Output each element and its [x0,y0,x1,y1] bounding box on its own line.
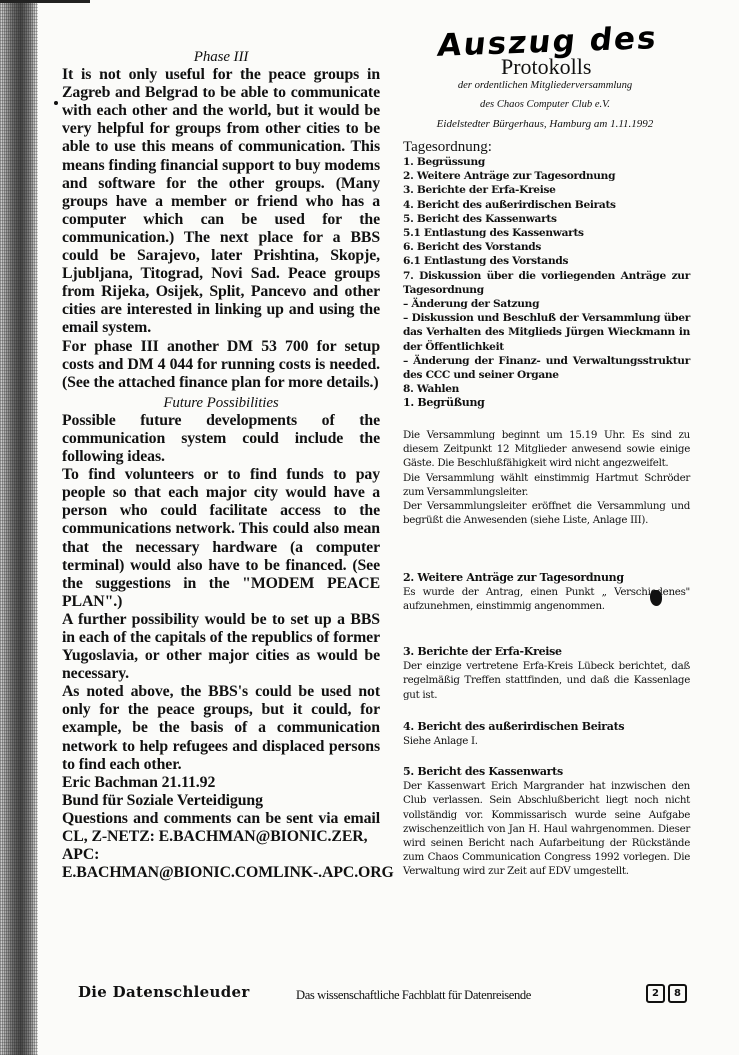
agenda-item: 1. Begrüssung [403,155,690,169]
phase3-paragraph: For phase III another DM 53 700 for setu… [62,338,380,392]
agenda-item: 6.1 Entlastung des Vorstands [403,254,690,268]
agenda-item: – Diskussion und Beschluß der Versammlun… [403,311,690,354]
agenda-item: 2. Weitere Anträge zur Tagesordnung [403,169,690,183]
publication-logo: Die Datenschleuder [78,983,250,1001]
contact-apc: APC: E.BACHMAN@BIONIC.COMLINK-.APC.ORG [62,846,380,882]
section-erfa: 3. Berichte der Erfa-Kreise Der einzige … [403,645,690,702]
phase3-heading: Phase III [62,48,380,66]
section-welcome: Die Versammlung beginnt um 15.19 Uhr. Es… [403,428,690,527]
page-number: 2 8 [646,984,687,1003]
agenda-item: 5.1 Entlastung des Kassenwarts [403,226,690,240]
organization: Bund für Soziale Verteidigung [62,792,380,810]
section-paragraph: Der Versammlungsleiter eröffnet die Vers… [403,499,690,527]
section-heading: 5. Bericht des Kassenwarts [403,765,690,779]
section-heading: 3. Berichte der Erfa-Kreise [403,645,690,659]
agenda-item: – Änderung der Finanz- und Verwaltungsst… [403,354,690,382]
section-paragraph: Die Versammlung beginnt um 15.19 Uhr. Es… [403,428,690,471]
section-paragraph: Der einzige vertretene Erfa-Kreis Lübeck… [403,659,690,702]
ink-dot [54,101,58,105]
agenda-list: 1. Begrüssung 2. Weitere Anträge zur Tag… [403,155,690,411]
future-paragraph: A further possibility would be to set up… [62,611,380,683]
agenda-item: 7. Diskussion über die vorliegenden Antr… [403,269,690,297]
section-heading: 4. Bericht des außerirdischen Beirats [403,720,690,734]
section-antraege: 2. Weitere Anträge zur Tagesordnung Es w… [403,571,690,614]
agenda-item: 4. Bericht des außerirdischen Beirats [403,198,690,212]
left-column: Phase III It is not only useful for the … [62,48,380,882]
future-paragraph: To find volunteers or to find funds to p… [62,466,380,611]
scan-top-line [0,0,90,3]
page-digit: 2 [646,984,665,1003]
agenda-item: – Änderung der Satzung [403,297,690,311]
agenda-item: 8. Wahlen [403,382,690,396]
protocol-title: Protokolls [501,54,591,80]
future-paragraph: Possible future developments of the comm… [62,412,380,466]
section-heading: 2. Weitere Anträge zur Tagesordnung [403,571,690,585]
publication-tagline: Das wissenschaftliche Fachblatt für Date… [296,988,531,1003]
section-beirat: 4. Bericht des außerirdischen Beirats Si… [403,720,690,748]
section-paragraph: Siehe Anlage I. [403,734,690,748]
scan-shadow-edge [0,0,38,1055]
signature: Eric Bachman 21.11.92 [62,774,380,792]
agenda-title: Tagesordnung: [403,139,492,156]
phase3-paragraph: It is not only useful for the peace grou… [62,66,380,337]
agenda-item: 1. Begrüßung [403,396,690,410]
agenda-item: 3. Berichte der Erfa-Kreise [403,183,690,197]
section-paragraph: Es wurde der Antrag, einen Punkt „ Versc… [403,585,690,613]
subtitle-meeting: der ordentlichen Mitgliederversammlung [400,80,690,91]
subtitle-club: des Chaos Computer Club e.V. [400,99,690,110]
subtitle-place-date: Eidelstedter Bürgerhaus, Hamburg am 1.11… [400,118,690,130]
contact-text: Questions and comments can be sent via e… [62,810,380,846]
future-paragraph: As noted above, the BBS's could be used … [62,683,380,773]
agenda-item: 6. Bericht des Vorstands [403,240,690,254]
section-kassenwart: 5. Bericht des Kassenwarts Der Kassenwar… [403,765,690,879]
future-heading: Future Possibilities [62,394,380,412]
page-digit: 8 [668,984,687,1003]
section-paragraph: Der Kassenwart Erich Margrander hat inzw… [403,779,690,878]
agenda-item: 5. Bericht des Kassenwarts [403,212,690,226]
section-paragraph: Die Versammlung wählt einstimmig Hartmut… [403,471,690,499]
ink-blot [650,590,662,606]
